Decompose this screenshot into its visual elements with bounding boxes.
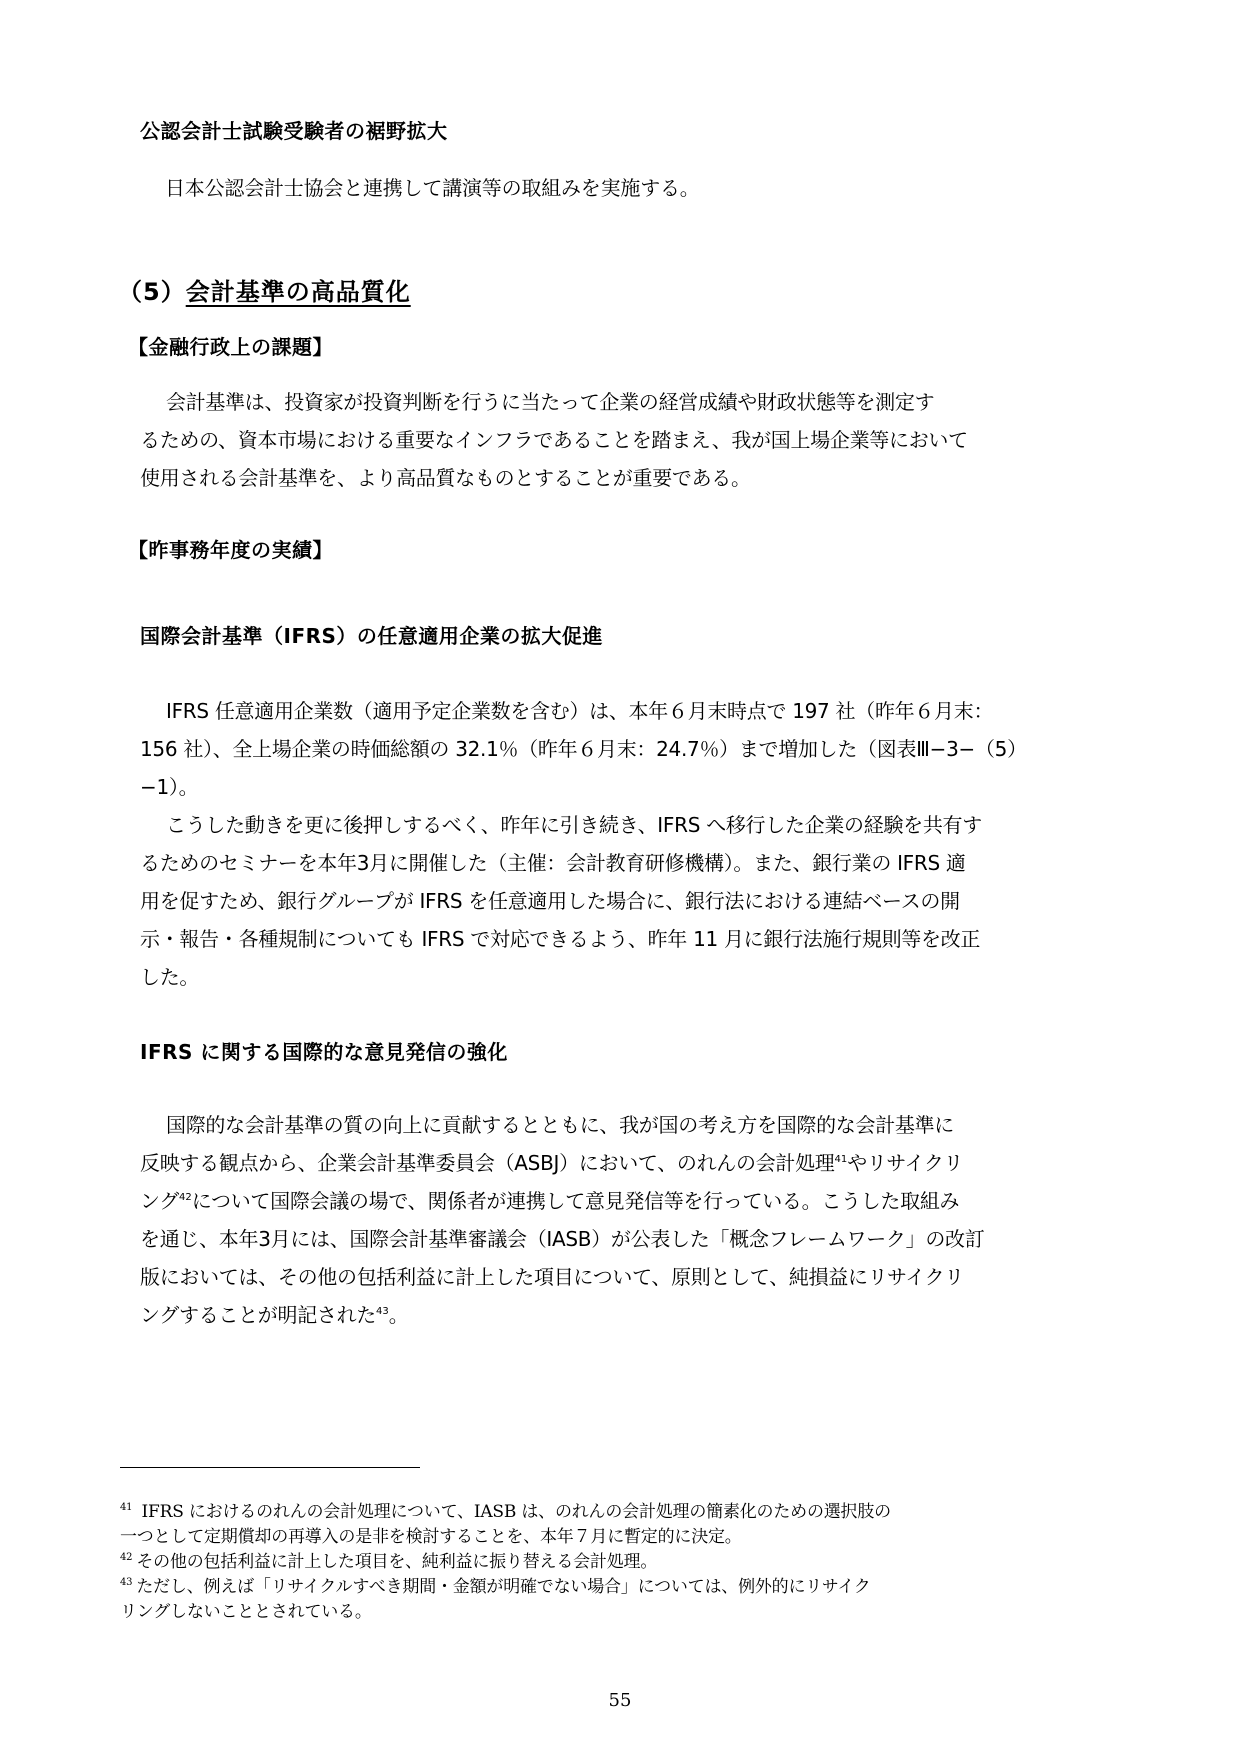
footnote-separator [120,1467,420,1468]
subsection-text-cpa-exam: 日本公認会計士協会と連携して講演等の取組みを実施する。 [165,178,700,198]
ifrs-adoption-paragraph-2: こうした動きを更に後押しするべく、昨年に引き続き、IFRS へ移行した企業の経験… [140,806,1120,996]
footnotes: 41 IFRS におけるのれんの会計処理について、IASB は、のれんの会計処理… [120,1500,1120,1625]
paragraph-line: るためのセミナーを本年3月に開催した（主催：会計教育研修機構）。また、銀行業の … [140,844,1120,882]
footnote-41-cont: 一つとして定期償却の再導入の是非を検討することを、本年７月に暫定的に決定。 [120,1525,1120,1550]
ifrs-adoption-paragraph-1: IFRS 任意適用企業数（適用予定企業数を含む）は、本年６月末時点で 197 社… [140,692,1120,806]
paragraph-line: 156 社）、全上場企業の時価総額の 32.1％（昨年６月末：24.7％）まで増… [140,730,1120,768]
subsection-heading-ifrs-voice: IFRS に関する国際的な意見発信の強化 [140,1036,508,1065]
footnote-ref-41[interactable]: 41 [835,1154,848,1165]
footnote-42: 42その他の包括利益に計上した項目を、純利益に振り替える会計処理。 [120,1550,1120,1575]
issues-heading: 【金融行政上の課題】 [128,331,333,360]
paragraph-line: −1）。 [140,768,1120,806]
paragraph-line: 国際的な会計基準の質の向上に貢献するとともに、我が国の考え方を国際的な会計基準に [140,1106,1120,1144]
issues-paragraph: 会計基準は、投資家が投資判断を行うに当たって企業の経営成績や財政状態等を測定す … [140,383,1120,497]
subsection-heading-ifrs-adoption: 国際会計基準（IFRS）の任意適用企業の拡大促進 [140,620,603,649]
results-heading: 【昨事務年度の実績】 [128,534,333,563]
paragraph-line: 会計基準は、投資家が投資判断を行うに当たって企業の経営成績や財政状態等を測定す [140,383,1120,421]
section-title-text: 会計基準の高品質化 [186,278,411,306]
paragraph-line: IFRS 任意適用企業数（適用予定企業数を含む）は、本年６月末時点で 197 社… [140,692,1120,730]
paragraph-line: 使用される会計基準を、より高品質なものとすることが重要である。 [140,459,1120,497]
footnote-43: 43ただし、例えば「リサイクルすべき期間・金額が明確でない場合」については、例外… [120,1575,1120,1600]
section-title: （5）会計基準の高品質化 [118,272,411,307]
paragraph-line: を通じ、本年3月には、国際会計基準審議会（IASB）が公表した「概念フレームワー… [140,1220,1120,1258]
paragraph-line: 反映する観点から、企業会計基準委員会（ASBJ）において、のれんの会計処理41や… [140,1144,1120,1182]
paragraph-line: ング42について国際会議の場で、関係者が連携して意見発信等を行っている。こうした… [140,1182,1120,1220]
paragraph-line: こうした動きを更に後押しするべく、昨年に引き続き、IFRS へ移行した企業の経験… [140,806,1120,844]
paragraph-line: 示・報告・各種規制についても IFRS で対応できるよう、昨年 11 月に銀行法… [140,920,1120,958]
document-page: 公認会計士試験受験者の裾野拡大 日本公認会計士協会と連携して講演等の取組みを実施… [0,0,1240,1755]
paragraph-line: した。 [140,958,1120,996]
footnote-ref-43[interactable]: 43 [376,1306,389,1317]
paragraph-line: 用を促すため、銀行グループが IFRS を任意適用した場合に、銀行法における連結… [140,882,1120,920]
paragraph-line: ングすることが明記された43。 [140,1296,1120,1334]
subsection-heading-cpa-exam: 公認会計士試験受験者の裾野拡大 [140,115,448,144]
ifrs-voice-paragraph: 国際的な会計基準の質の向上に貢献するとともに、我が国の考え方を国際的な会計基準に… [140,1106,1120,1334]
footnote-41: 41 IFRS におけるのれんの会計処理について、IASB は、のれんの会計処理… [120,1500,1120,1525]
paragraph-line: るための、資本市場における重要なインフラであることを踏まえ、我が国上場企業等にお… [140,421,1120,459]
paragraph-line: 版においては、その他の包括利益に計上した項目について、原則として、純損益にリサイ… [140,1258,1120,1296]
footnote-43-cont: リングしないこととされている。 [120,1600,1120,1625]
section-number: （5） [118,278,186,306]
footnote-ref-42[interactable]: 42 [179,1192,192,1203]
page-number: 55 [0,1690,1240,1711]
